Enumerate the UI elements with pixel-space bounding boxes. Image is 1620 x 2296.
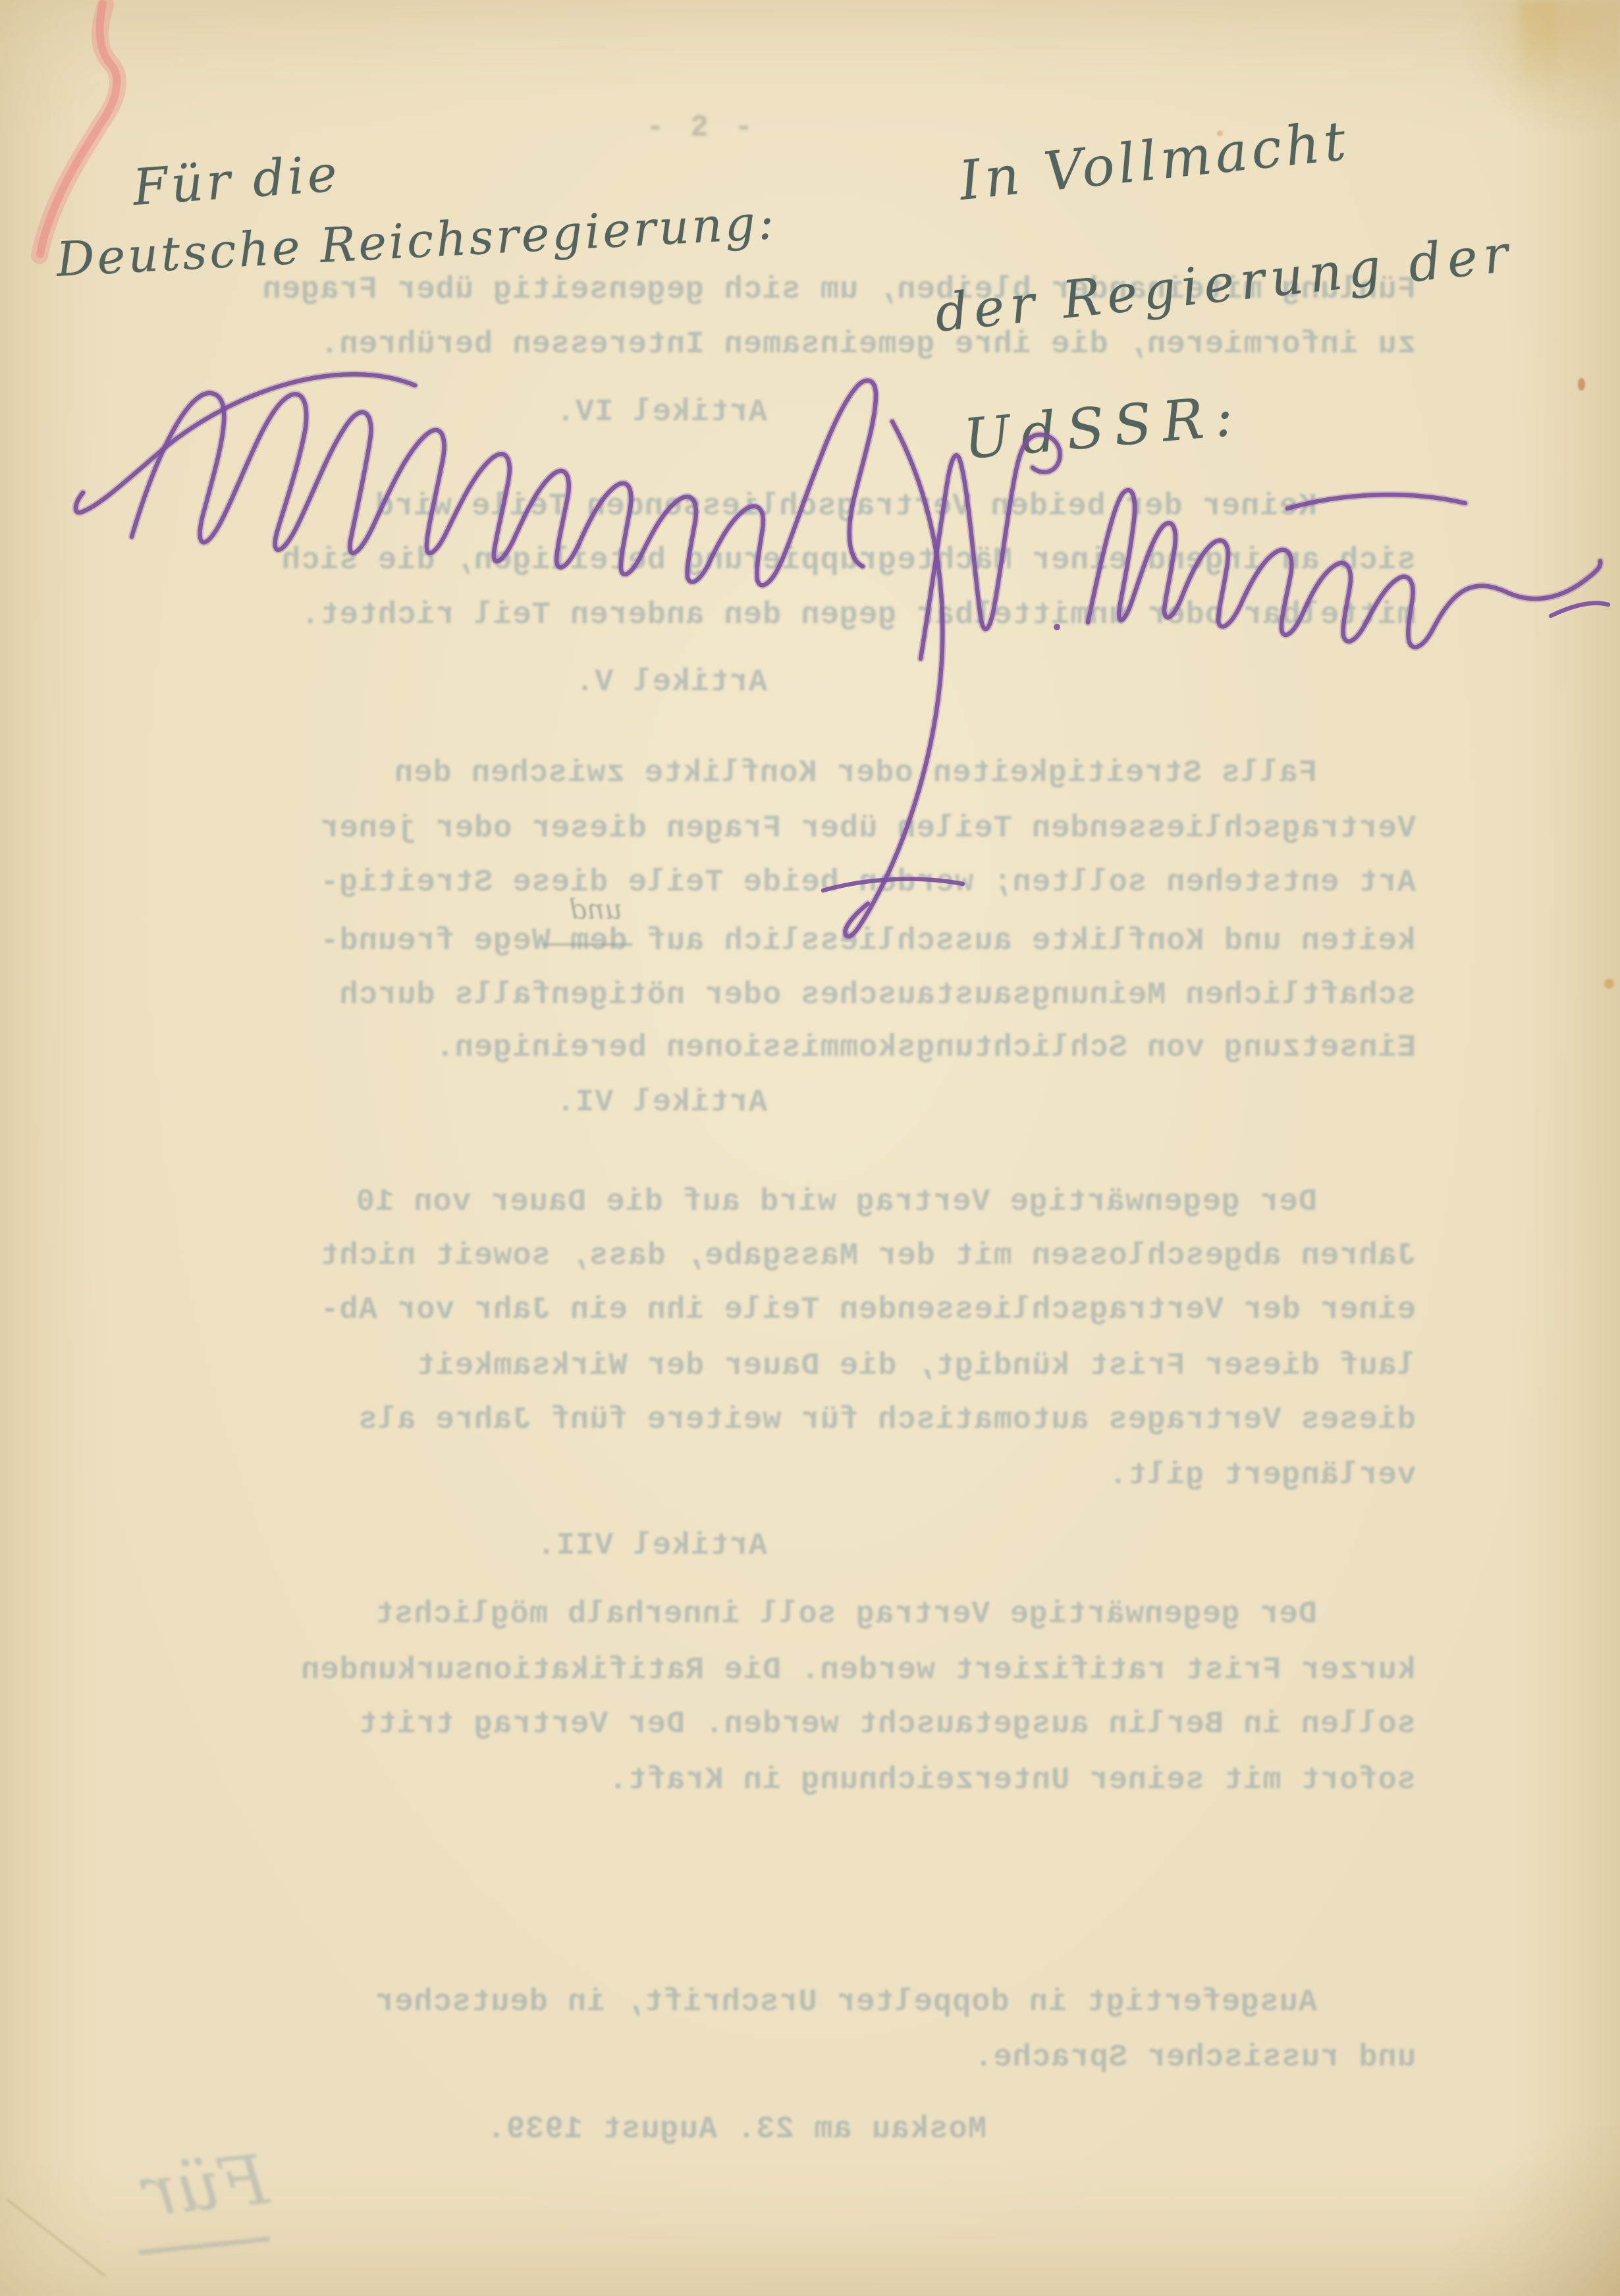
bleed-strikethrough-mark <box>543 943 632 946</box>
rust-speck <box>1578 378 1585 391</box>
left-party-heading-line1: Für die <box>131 144 342 217</box>
red-crayon-mark <box>40 4 118 256</box>
bleed-typed-line: Artikel IV. <box>556 395 767 430</box>
bleed-typed-line: einer der Vertragschliessenden Teile ihn… <box>319 1293 1416 1328</box>
bleed-typed-line: Falls Streitigkeiten oder Konflikte zwis… <box>394 756 1317 791</box>
bleed-typed-line: Art entstehen sollten; werden beide Teil… <box>319 865 1416 900</box>
bleed-handwritten-word: Für <box>80 2139 271 2239</box>
paper-stain-streak <box>1520 0 1557 99</box>
bleed-through-handwriting: Für <box>80 2139 275 2276</box>
right-party-heading-line1: In Vollmacht <box>956 109 1353 213</box>
bleed-typed-line: und russischer Sprache. <box>973 2040 1416 2075</box>
bleed-through-text-layer: und Fühlung miteinander bleiben, um sich… <box>204 0 1416 2296</box>
bleed-underline-mark <box>138 2237 270 2255</box>
page-number: - 2 - <box>629 111 774 145</box>
bleed-typed-line: Jahren abgeschlossen mit der Massgabe, d… <box>319 1239 1416 1274</box>
bleed-typed-line: sofort mit seiner Unterzeichnung in Kraf… <box>608 1763 1416 1798</box>
bleed-typed-line: kurzer Frist ratifiziert werden. Die Rat… <box>300 1653 1416 1688</box>
bleed-typed-line: Artikel V. <box>575 665 767 700</box>
bleed-typed-line: Ausgefertigt in doppelter Urschrift, in … <box>375 1985 1317 2020</box>
bleed-handwritten-insertion: und <box>569 893 622 925</box>
bleed-typed-line: keiten und Konflikte ausschliesslich auf… <box>319 924 1416 959</box>
bleed-typed-line: Artikel VI. <box>556 1085 767 1120</box>
bleed-typed-line: schaftlichen Meinungsaustausches oder nö… <box>339 978 1416 1013</box>
document-page: und Fühlung miteinander bleiben, um sich… <box>0 0 1620 2296</box>
bleed-typed-line: Vertragschliessenden Teilen über Fragen … <box>319 811 1416 846</box>
bleed-typed-line: sollen in Berlin ausgetauscht werden. De… <box>358 1707 1416 1742</box>
bleed-typed-line: Einsetzung von Schlichtungskommissionen … <box>435 1031 1416 1066</box>
bleed-typed-line: Artikel VII. <box>537 1529 767 1564</box>
right-party-heading-line2: der Regierung der <box>932 224 1517 344</box>
bleed-typed-line: mittelbar oder unmittelbar gegen den and… <box>300 598 1416 633</box>
bleed-typed-line: sich an irgend einer Mächtegruppierung b… <box>281 543 1416 578</box>
bleed-typed-line: Der gegenwärtige Vertrag soll innerhalb … <box>375 1597 1317 1632</box>
ribbentrop-signature <box>76 374 963 937</box>
paper-stain-top-right <box>1436 0 1620 132</box>
molotow-signature <box>921 435 1608 659</box>
bleed-typed-line: verlängert gilt. <box>1108 1458 1416 1493</box>
rust-speck <box>1604 979 1614 989</box>
bleed-typed-line: zu informieren, die ihre gemeinsamen Int… <box>319 327 1416 362</box>
ink-overlay <box>0 0 1620 2296</box>
paper-crease <box>6 2199 106 2277</box>
bleed-typed-line: lauf dieser Frist kündigt, die Dauer der… <box>416 1349 1416 1384</box>
bleed-typed-line: dieses Vertrages automatisch für weitere… <box>358 1403 1416 1438</box>
bleed-typed-line: Keiner der beiden Vertragschliessenden T… <box>375 489 1317 524</box>
right-party-heading-line3: UdSSR: <box>961 383 1246 472</box>
paper-shading <box>1422 2125 1620 2296</box>
bleed-typed-line: Der gegenwärtige Vertrag wird auf die Da… <box>356 1185 1317 1220</box>
bleed-typed-line: Moskau am 23. August 1939. <box>487 2112 986 2147</box>
